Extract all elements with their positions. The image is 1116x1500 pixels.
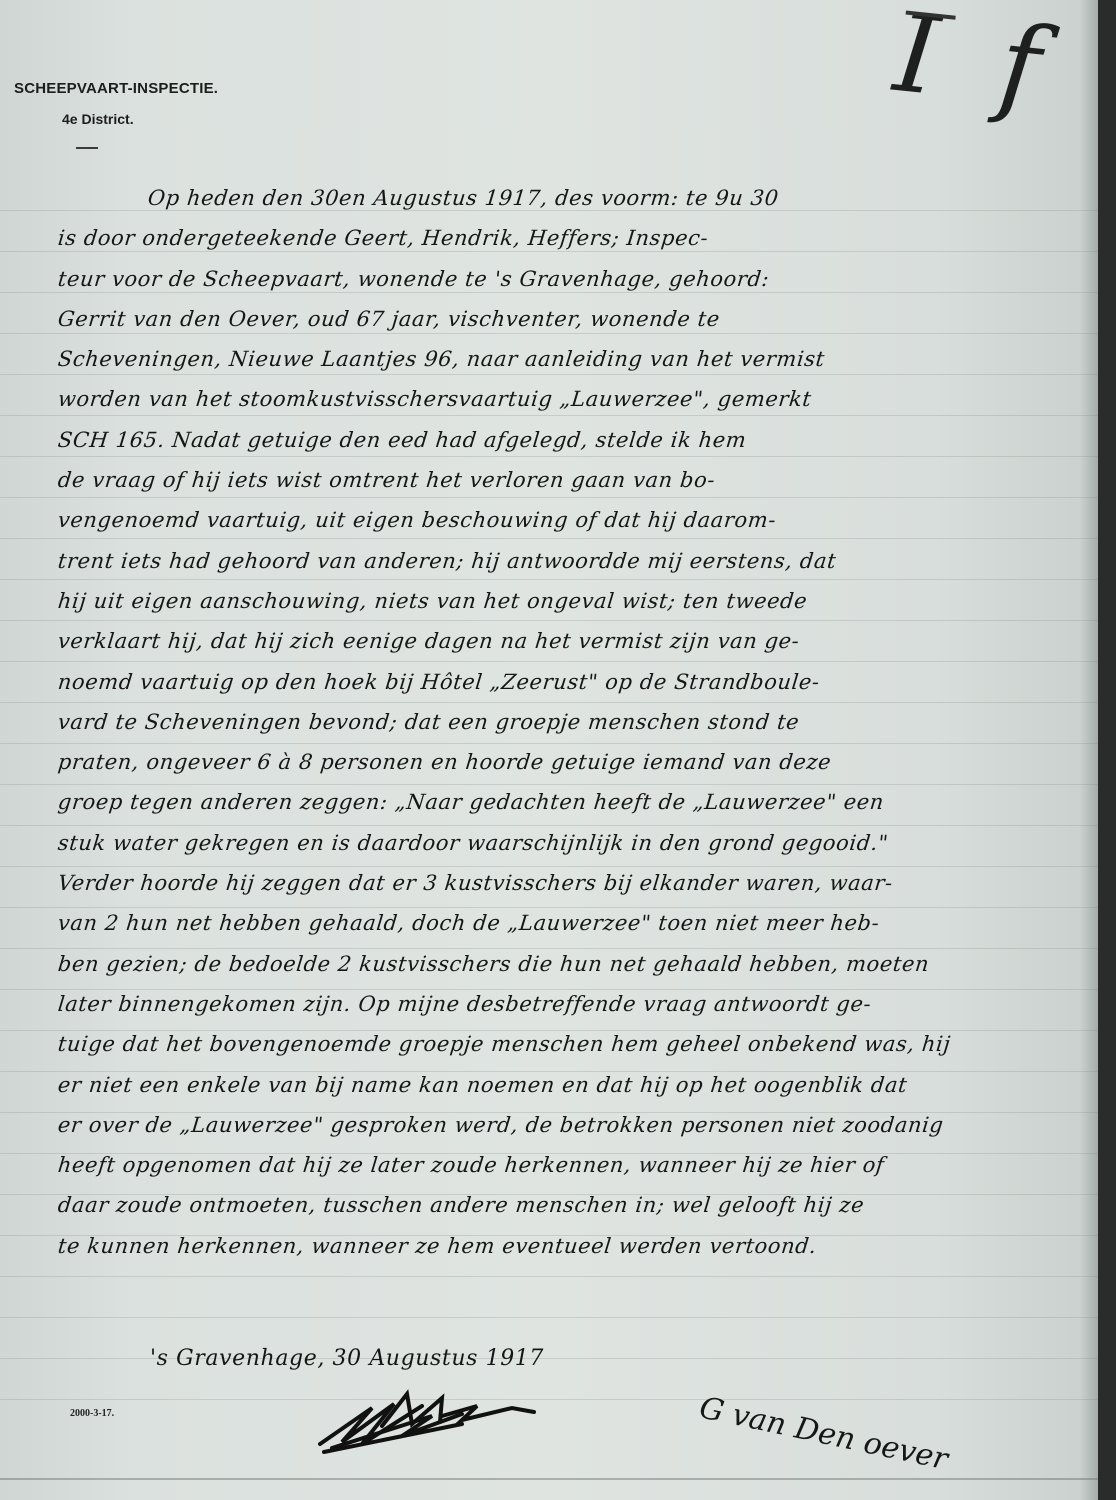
statement-line: vengenoemd vaartuig, uit eigen beschouwi… (56, 500, 1080, 540)
statement-line: SCH 165. Nadat getuige den eed had afgel… (56, 420, 1080, 460)
statement-line: de vraag of hij iets wist omtrent het ve… (56, 460, 1080, 500)
place-and-date: 's Gravenhage, 30 Augustus 1917 (150, 1346, 544, 1371)
statement-line: is door ondergeteekende Geert, Hendrik, … (56, 218, 1080, 258)
letterhead-organization: SCHEEPVAART-INSPECTIE. (14, 80, 314, 97)
statement-line: noemd vaartuig op den hoek bij Hôtel „Ze… (56, 662, 1080, 702)
statement-line: er over de „Lauwerzee" gesproken werd, d… (56, 1105, 1080, 1145)
statement-line: daar zoude ontmoeten, tusschen andere me… (56, 1185, 1080, 1225)
handwritten-statement: Op heden den 30en Augustus 1917, des voo… (58, 178, 1078, 1266)
statement-line: te kunnen herkennen, wanneer ze hem even… (56, 1226, 1080, 1266)
statement-line: groep tegen anderen zeggen: „Naar gedach… (56, 782, 1080, 822)
form-code: 2000-3-17. (70, 1408, 114, 1419)
statement-line: stuk water gekregen en is daardoor waars… (56, 823, 1080, 863)
document-page: SCHEEPVAART-INSPECTIE. 4e District. I f … (0, 0, 1098, 1500)
page-fold (0, 1478, 1098, 1480)
statement-line: praten, ongeveer 6 à 8 personen en hoord… (56, 742, 1080, 782)
inspector-signature (312, 1386, 552, 1456)
statement-line: er niet een enkele van bij name kan noem… (56, 1065, 1080, 1105)
statement-line: Gerrit van den Oever, oud 67 jaar, visch… (56, 299, 1080, 339)
letterhead: SCHEEPVAART-INSPECTIE. 4e District. (14, 80, 314, 149)
statement-line: ben gezien; de bedoelde 2 kustvisschers … (56, 944, 1080, 984)
witness-signature: G van Den oever (696, 1390, 950, 1477)
statement-line: verklaart hij, dat hij zich eenige dagen… (56, 621, 1080, 661)
folio-mark: I f (890, 0, 1059, 124)
statement-line: heeft opgenomen dat hij ze later zoude h… (56, 1145, 1080, 1185)
statement-line: worden van het stoomkustvisschersvaartui… (56, 379, 1080, 419)
statement-line: Scheveningen, Nieuwe Laantjes 96, naar a… (56, 339, 1080, 379)
statement-line: trent iets had gehoord van anderen; hij … (56, 541, 1080, 581)
statement-line: vard te Scheveningen bevond; dat een gro… (56, 702, 1080, 742)
statement-line: later binnengekomen zijn. Op mijne desbe… (56, 984, 1080, 1024)
statement-line: Op heden den 30en Augustus 1917, des voo… (56, 178, 1080, 218)
letterhead-divider (76, 147, 98, 149)
statement-line: Verder hoorde hij zeggen dat er 3 kustvi… (56, 863, 1080, 903)
signature-scribble-icon (312, 1386, 552, 1456)
letterhead-district: 4e District. (62, 111, 314, 127)
statement-line: van 2 hun net hebben gehaald, doch de „L… (56, 903, 1080, 943)
statement-line: teur voor de Scheepvaart, wonende te 's … (56, 259, 1080, 299)
statement-line: tuige dat het bovengenoemde groepje mens… (56, 1024, 1080, 1064)
statement-line: hij uit eigen aanschouwing, niets van he… (56, 581, 1080, 621)
